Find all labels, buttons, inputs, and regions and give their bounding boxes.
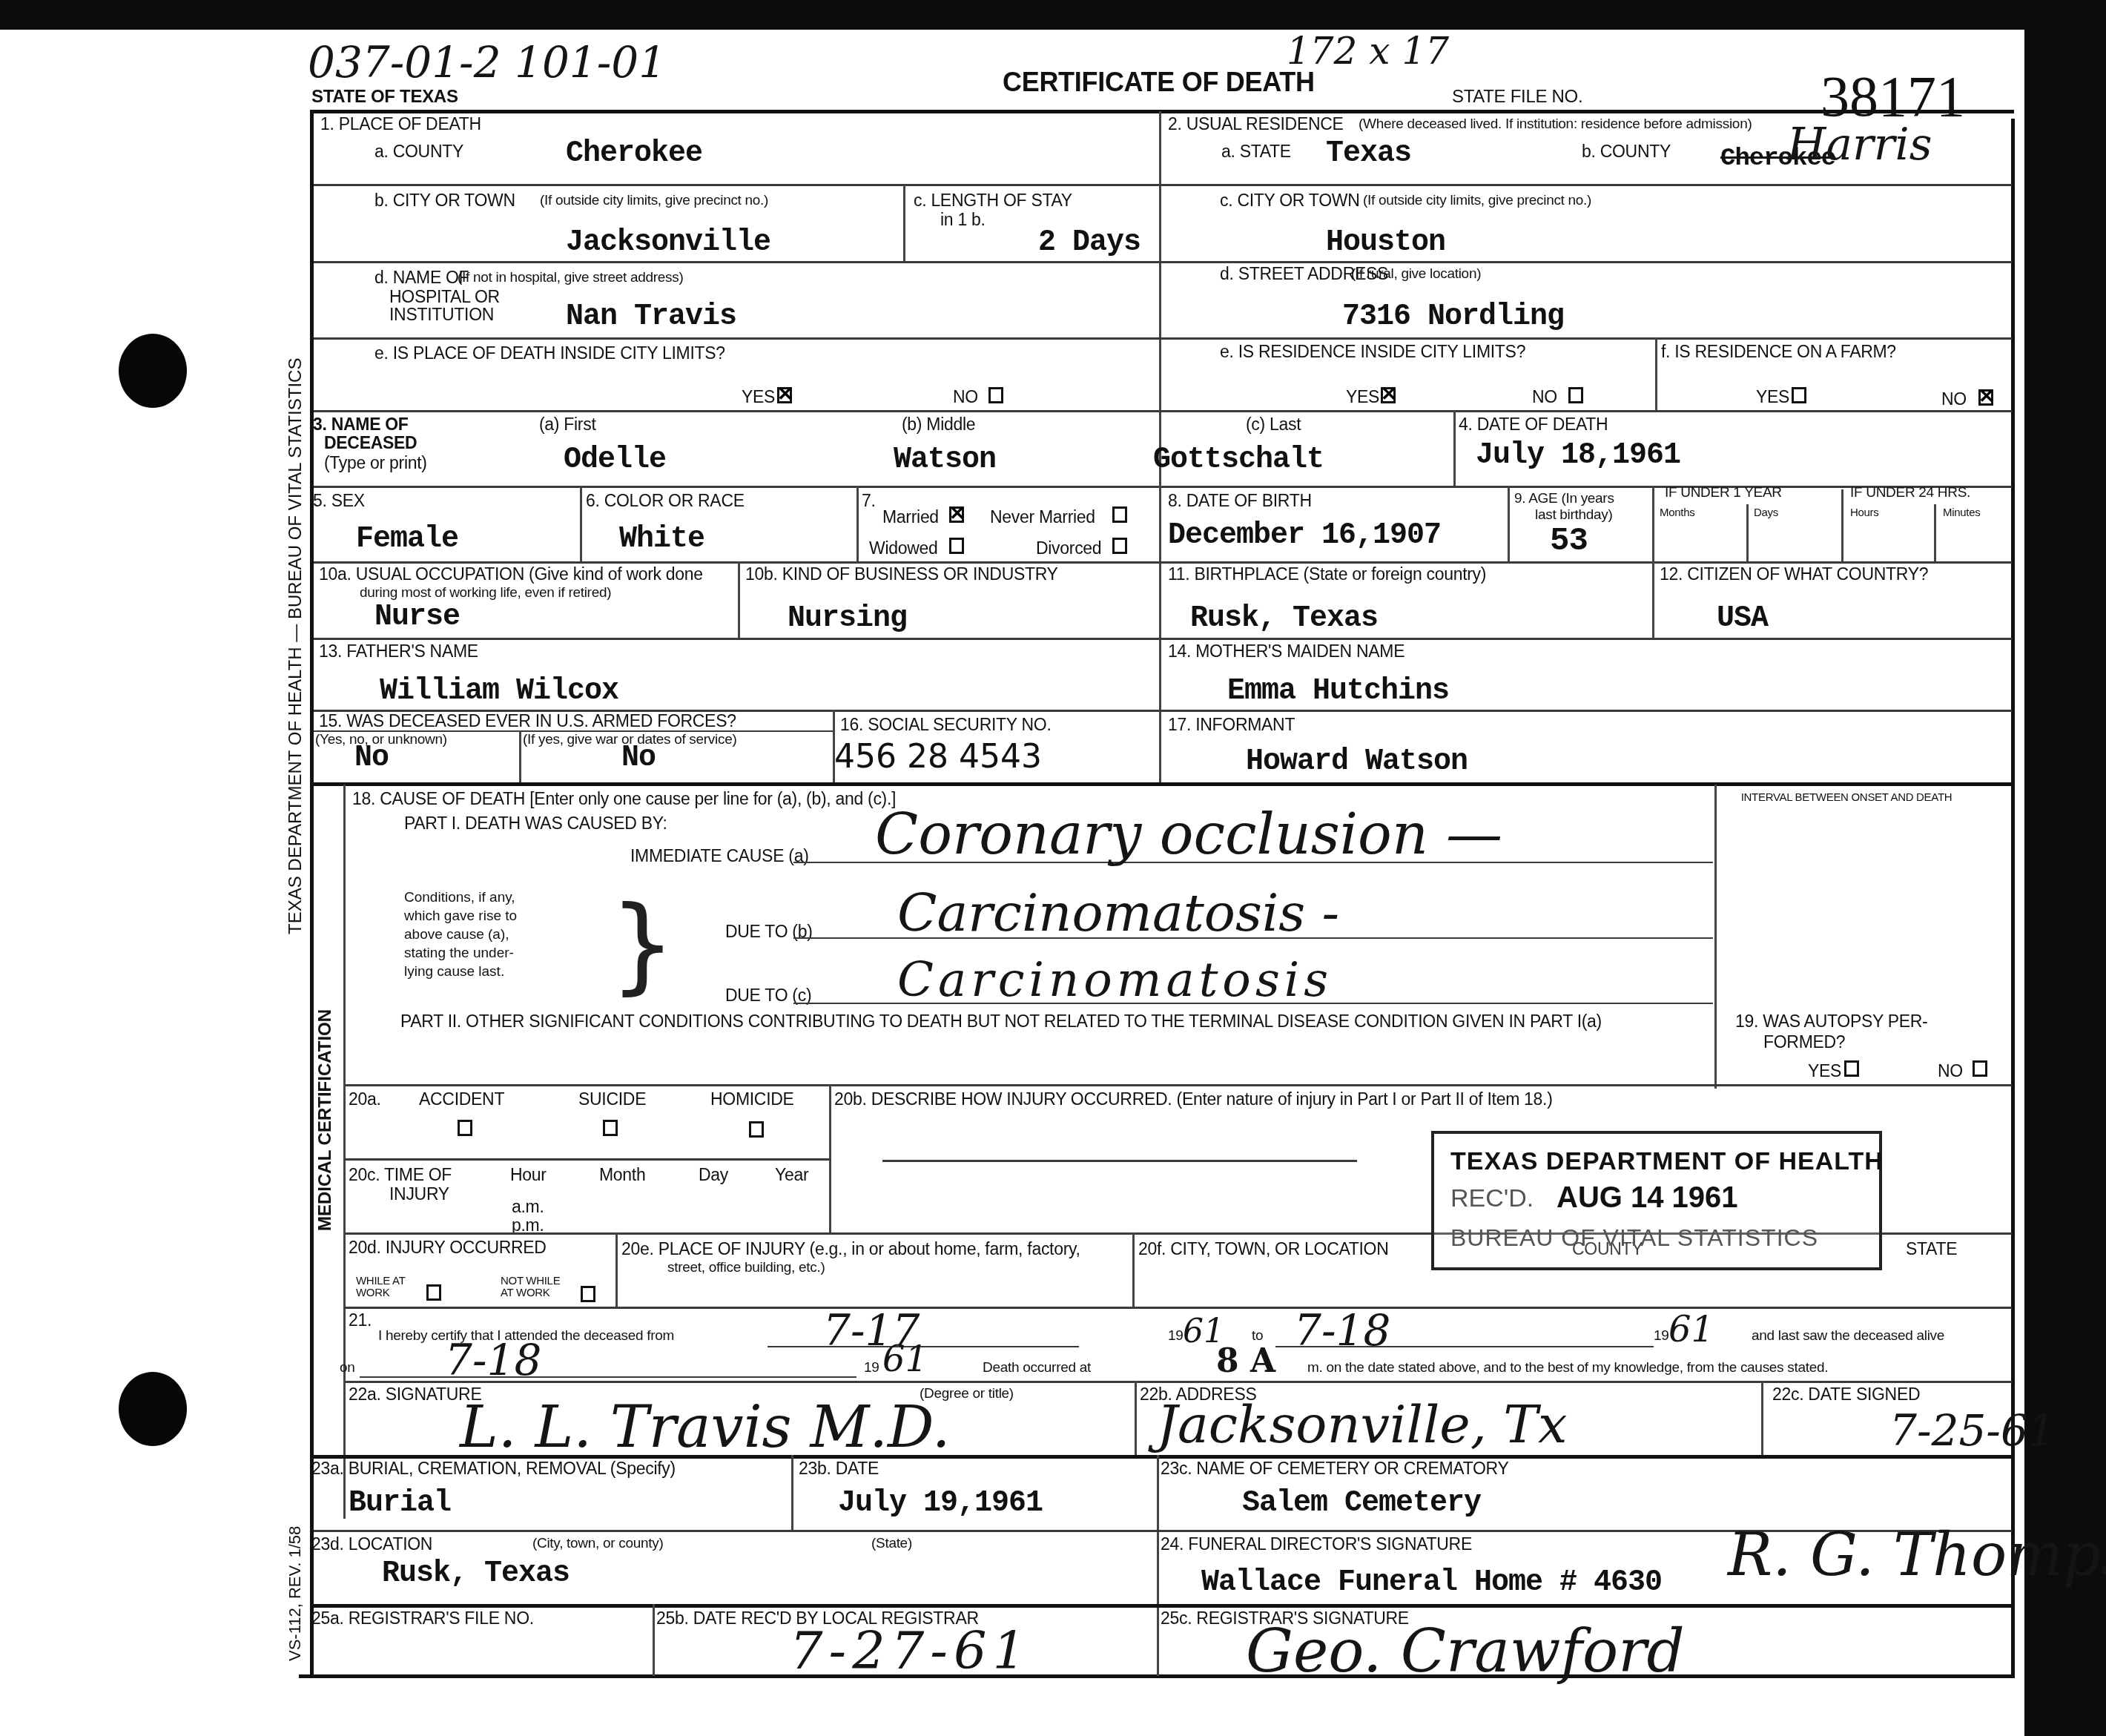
not-while-at-work-label: NOT WHILE AT WORK bbox=[501, 1275, 564, 1299]
conditions-note: Conditions, if any, which gave rise to a… bbox=[404, 888, 517, 981]
row-divider bbox=[314, 638, 2012, 640]
death-time-value: 8 A bbox=[1216, 1342, 1275, 1380]
cemetery-value: Salem Cemetery bbox=[1242, 1487, 1481, 1520]
due-to-c-value: Carcinomatosis bbox=[897, 953, 1333, 1008]
married-label: Married bbox=[882, 508, 939, 526]
attended-to-year: 61 bbox=[1668, 1309, 1714, 1350]
deceased-name-label-2: DECEASED bbox=[324, 434, 417, 452]
state-of-texas-label: STATE OF TEXAS bbox=[311, 88, 458, 106]
usual-residence-note: (Where deceased lived. If institution: r… bbox=[1359, 117, 1752, 132]
burial-label: 23a. BURIAL, CREMATION, REMOVAL (Specify… bbox=[311, 1459, 676, 1477]
months-label: Months bbox=[1660, 507, 1694, 519]
widowed-checkbox[interactable] bbox=[949, 538, 964, 554]
on-line bbox=[360, 1376, 856, 1378]
length-of-stay-label: c. LENGTH OF STAY bbox=[914, 191, 1072, 209]
immediate-cause-value: Coronary occlusion — bbox=[875, 801, 1502, 867]
sex-value: Female bbox=[356, 523, 458, 556]
year-prefix: 19 bbox=[1168, 1329, 1184, 1344]
attended-to-value: 7-18 bbox=[1294, 1305, 1390, 1356]
marital-label: 7. bbox=[862, 492, 876, 509]
minutes-label: Minutes bbox=[1943, 507, 1980, 519]
street-address-value: 7316 Nordling bbox=[1342, 300, 1564, 334]
residence-city-note: (If outside city limits, give precinct n… bbox=[1363, 194, 1591, 208]
industry-divider bbox=[738, 561, 740, 639]
yes-label: YES bbox=[1756, 388, 1789, 406]
accident-checkbox[interactable] bbox=[458, 1120, 472, 1136]
part2-label: PART II. OTHER SIGNIFICANT CONDITIONS CO… bbox=[400, 1012, 1602, 1030]
frame-top bbox=[310, 110, 2014, 113]
month-label: Month bbox=[599, 1166, 645, 1184]
last-seen-year: 61 bbox=[882, 1339, 928, 1380]
divorced-checkbox[interactable] bbox=[1112, 538, 1127, 554]
farm-label: f. IS RESIDENCE ON A FARM? bbox=[1661, 343, 1896, 360]
autopsy-label: 19. WAS AUTOPSY PER- bbox=[1735, 1012, 1927, 1030]
middle-name-label: (b) Middle bbox=[902, 415, 975, 433]
place-of-death-label: 1. PLACE OF DEATH bbox=[320, 115, 481, 133]
farm-divider bbox=[1655, 337, 1657, 412]
cemetery-divider bbox=[1157, 1455, 1159, 1676]
certify-text-2: and last saw the deceased alive bbox=[1752, 1329, 1944, 1344]
burial-date-divider bbox=[791, 1455, 793, 1531]
armed-forces-value: No bbox=[354, 742, 389, 775]
street-address-note: (If rural, give location) bbox=[1351, 267, 1481, 282]
residence-state-value: Texas bbox=[1326, 137, 1411, 171]
industry-value: Nursing bbox=[788, 602, 907, 636]
suicide-label: SUICIDE bbox=[578, 1090, 646, 1108]
place-of-injury-label-2: street, office building, etc.) bbox=[667, 1261, 825, 1275]
marital-divider bbox=[856, 486, 859, 562]
middle-name-value: Watson bbox=[894, 443, 996, 477]
date-signed-value: 7-25-61 bbox=[1889, 1405, 2056, 1456]
describe-line bbox=[882, 1160, 1357, 1162]
date-signed-divider bbox=[1761, 1381, 1763, 1455]
cause-of-death-label: 18. CAUSE OF DEATH [Enter only one cause… bbox=[352, 790, 896, 808]
yes-label: YES bbox=[742, 388, 775, 406]
usual-residence-label: 2. USUAL RESIDENCE bbox=[1168, 115, 1344, 133]
farm-no-checkbox[interactable] bbox=[1978, 389, 1993, 406]
section-divider bbox=[314, 1604, 2012, 1608]
while-at-work-label: WHILE AT WORK bbox=[356, 1275, 412, 1299]
under-year-label: IF UNDER 1 YEAR bbox=[1665, 486, 1782, 501]
days-label: Days bbox=[1754, 507, 1778, 519]
physician-signature: L. L. Travis M.D. bbox=[460, 1394, 951, 1461]
birthplace-label: 11. BIRTHPLACE (State or foreign country… bbox=[1168, 565, 1486, 583]
last-name-value: Gottschalt bbox=[1153, 443, 1324, 477]
city-note: (If outside city limits, give precinct n… bbox=[540, 194, 768, 208]
industry-label: 10b. KIND OF BUSINESS OR INDUSTRY bbox=[745, 565, 1058, 583]
time-of-injury-label: 20c. TIME OF bbox=[349, 1166, 452, 1184]
dob-divider bbox=[1159, 486, 1161, 562]
residence-city-label: c. CITY OR TOWN bbox=[1220, 191, 1359, 209]
day-label: Day bbox=[699, 1166, 728, 1184]
residence-inside-limits-no-checkbox[interactable] bbox=[1568, 387, 1583, 403]
no-label: NO bbox=[953, 388, 978, 406]
age-label: 9. AGE (In years bbox=[1514, 492, 1614, 506]
hospital-label-2: HOSPITAL OR bbox=[389, 288, 500, 306]
department-side-label: TEXAS DEPARTMENT OF HEALTH — BUREAU OF V… bbox=[285, 358, 306, 934]
row-divider bbox=[314, 337, 2012, 340]
location-value: Rusk, Texas bbox=[382, 1557, 570, 1591]
under-year-divider bbox=[1652, 486, 1654, 562]
age-divider bbox=[1508, 486, 1510, 562]
place-of-injury-label: 20e. PLACE OF INJURY (e.g., in or about … bbox=[621, 1240, 1080, 1258]
length-of-stay-sub: in 1 b. bbox=[940, 211, 986, 228]
armed-forces-label: 15. WAS DECEASED EVER IN U.S. ARMED FORC… bbox=[319, 712, 736, 730]
suicide-checkbox[interactable] bbox=[603, 1120, 618, 1136]
citizen-value: USA bbox=[1717, 602, 1768, 636]
death-county-value: Cherokee bbox=[566, 137, 702, 171]
sex-label: 5. SEX bbox=[313, 492, 365, 509]
age-sub-divider bbox=[1841, 489, 1843, 562]
row-divider bbox=[314, 561, 2012, 564]
first-name-label: (a) First bbox=[539, 415, 596, 433]
registrar-file-divider bbox=[653, 1604, 655, 1676]
autopsy-yes-checkbox[interactable] bbox=[1844, 1060, 1859, 1077]
date-of-death-value: July 18,1961 bbox=[1476, 439, 1680, 472]
place-divider bbox=[615, 1232, 618, 1307]
medical-certification-side-label: MEDICAL CERTIFICATION bbox=[315, 1009, 336, 1231]
form-number-label: VS-112, REV. 1/58 bbox=[285, 1526, 305, 1661]
scan-edge-top bbox=[0, 0, 2106, 30]
registrar-signature: Geo. Crawford bbox=[1246, 1617, 1685, 1686]
funeral-home-value: Wallace Funeral Home # 4630 bbox=[1201, 1566, 1662, 1600]
punch-hole-bottom bbox=[119, 1372, 187, 1446]
autopsy-no-checkbox[interactable] bbox=[1973, 1060, 1987, 1077]
certify-text-3: m. on the date stated above, and to the … bbox=[1307, 1361, 1828, 1376]
armed-divider bbox=[519, 730, 521, 782]
no-label: NO bbox=[1532, 388, 1557, 406]
due-to-c-label: DUE TO (c) bbox=[725, 986, 811, 1004]
interval-label: INTERVAL BETWEEN ONSET AND DEATH bbox=[1735, 792, 1958, 804]
due-to-b-value: Carcinomatosis - bbox=[897, 882, 1339, 943]
interval-divider bbox=[1714, 785, 1717, 1089]
hospital-label-3: INSTITUTION bbox=[389, 306, 494, 323]
section-divider bbox=[314, 782, 2012, 786]
death-inside-limits-no-checkbox[interactable] bbox=[988, 387, 1003, 403]
residence-county-handwritten-value: Harris bbox=[1787, 119, 1932, 171]
received-stamp: TEXAS DEPARTMENT OF HEALTH REC'D. AUG 14… bbox=[1431, 1131, 1882, 1270]
deceased-name-label: 3. NAME OF bbox=[313, 415, 409, 433]
bracket-symbol: } bbox=[610, 894, 676, 997]
residence-state-label: a. STATE bbox=[1221, 142, 1291, 160]
registrar-file-label: 25a. REGISTRAR'S FILE NO. bbox=[311, 1609, 534, 1627]
funeral-director-signature: R. G. Thompson bbox=[1728, 1520, 2106, 1589]
never-married-checkbox[interactable] bbox=[1112, 506, 1127, 523]
race-divider bbox=[580, 486, 582, 562]
pm-label: p.m. bbox=[512, 1216, 544, 1234]
informant-value: Howard Watson bbox=[1246, 745, 1468, 779]
age-label-2: last birthday) bbox=[1535, 508, 1613, 523]
death-inside-limits-yes-checkbox[interactable] bbox=[777, 387, 792, 403]
date-signed-label: 22c. DATE SIGNED bbox=[1772, 1385, 1920, 1403]
time-of-injury-label-2: INJURY bbox=[389, 1185, 449, 1203]
date-of-birth-value: December 16,1907 bbox=[1168, 519, 1441, 552]
burial-value: Burial bbox=[349, 1487, 451, 1520]
describe-injury-label: 20b. DESCRIBE HOW INJURY OCCURRED. (Ente… bbox=[834, 1090, 1553, 1108]
last-name-label: (c) Last bbox=[1246, 415, 1301, 433]
location-label: 23d. LOCATION bbox=[311, 1535, 432, 1553]
row-divider bbox=[345, 1158, 831, 1161]
row-divider bbox=[345, 1307, 2012, 1309]
on-label: on bbox=[340, 1361, 355, 1376]
deceased-name-label-3: (Type or print) bbox=[324, 454, 427, 472]
divorced-label: Divorced bbox=[1036, 539, 1101, 557]
frame-left bbox=[310, 110, 314, 1676]
not-while-at-work-checkbox[interactable] bbox=[581, 1286, 595, 1302]
under-24-label: IF UNDER 24 HRS. bbox=[1850, 486, 1970, 501]
race-label: 6. COLOR OR RACE bbox=[586, 492, 745, 509]
date-of-birth-label: 8. DATE OF BIRTH bbox=[1168, 492, 1312, 509]
informant-label: 17. INFORMANT bbox=[1168, 716, 1295, 733]
yes-label: YES bbox=[1808, 1062, 1841, 1080]
married-checkbox[interactable] bbox=[949, 506, 964, 523]
row-divider bbox=[314, 410, 2012, 412]
state-file-label: STATE FILE NO. bbox=[1452, 88, 1582, 106]
citizen-label: 12. CITIZEN OF WHAT COUNTRY? bbox=[1660, 565, 1928, 583]
received-date: AUG 14 1961 bbox=[1557, 1181, 1738, 1215]
medical-column-line bbox=[343, 785, 346, 1519]
occupation-value: Nurse bbox=[374, 601, 460, 634]
never-married-label: Never Married bbox=[990, 508, 1095, 526]
hours-label: Hours bbox=[1850, 507, 1879, 519]
to-label: to bbox=[1252, 1329, 1263, 1344]
residence-county-label: b. COUNTY bbox=[1582, 142, 1671, 160]
year-prefix: 19 bbox=[864, 1361, 879, 1376]
handwritten-codes-left: 037-01-2 101-01 bbox=[308, 37, 666, 88]
location-state-label: (State) bbox=[871, 1537, 912, 1551]
autopsy-label-2: FORMED? bbox=[1763, 1033, 1845, 1051]
year-prefix: 19 bbox=[1654, 1329, 1669, 1344]
mother-value: Emma Hutchins bbox=[1227, 675, 1449, 708]
injury-occurred-label: 20d. INJURY OCCURRED bbox=[349, 1238, 547, 1256]
address-divider bbox=[1135, 1381, 1137, 1455]
father-label: 13. FATHER'S NAME bbox=[319, 642, 478, 660]
occupation-label: 10a. USUAL OCCUPATION (Give kind of work… bbox=[319, 565, 703, 583]
citizen-divider bbox=[1652, 561, 1654, 639]
part1-label: PART I. DEATH WAS CAUSED BY: bbox=[404, 814, 667, 832]
burial-date-value: July 19,1961 bbox=[838, 1487, 1043, 1520]
certification-number: 21. bbox=[349, 1311, 372, 1329]
scan-edge-right bbox=[2024, 0, 2106, 1736]
length-of-stay-value: 2 Days bbox=[1038, 226, 1141, 260]
ssn-value: 456 28 4543 bbox=[834, 738, 1042, 776]
certificate-title: CERTIFICATE OF DEATH bbox=[1003, 68, 1315, 96]
accident-label: ACCIDENT bbox=[419, 1090, 504, 1108]
no-label: NO bbox=[1941, 390, 1967, 408]
father-value: William Wilcox bbox=[380, 675, 618, 708]
date-of-death-label: 4. DATE OF DEATH bbox=[1459, 415, 1608, 433]
immediate-cause-label: IMMEDIATE CAUSE (a) bbox=[630, 847, 809, 865]
first-name-value: Odelle bbox=[564, 443, 666, 477]
am-label: a.m. bbox=[512, 1198, 544, 1215]
hospital-value: Nan Travis bbox=[566, 300, 736, 334]
death-city-value: Jacksonville bbox=[566, 226, 770, 260]
funeral-director-label: 24. FUNERAL DIRECTOR'S SIGNATURE bbox=[1161, 1535, 1472, 1553]
city-divider bbox=[1132, 1232, 1135, 1307]
cemetery-label: 23c. NAME OF CEMETERY OR CREMATORY bbox=[1161, 1459, 1509, 1477]
death-inside-limits-label: e. IS PLACE OF DEATH INSIDE CITY LIMITS? bbox=[374, 344, 725, 362]
homicide-checkbox[interactable] bbox=[749, 1121, 764, 1138]
last-seen-value: 7-18 bbox=[445, 1335, 541, 1385]
hospital-label: d. NAME OF bbox=[374, 268, 469, 286]
physician-address: Jacksonville, Tx bbox=[1157, 1394, 1567, 1455]
occupation-label-2: during most of working life, even if ret… bbox=[360, 586, 611, 601]
hour-label: Hour bbox=[510, 1166, 547, 1184]
age-sub-divider bbox=[1934, 504, 1936, 562]
farm-yes-checkbox[interactable] bbox=[1792, 387, 1806, 403]
dod-divider bbox=[1453, 410, 1456, 486]
injury-type-label: 20a. bbox=[349, 1090, 381, 1108]
residence-inside-limits-yes-checkbox[interactable] bbox=[1381, 387, 1396, 403]
stay-divider bbox=[903, 185, 905, 261]
widowed-label: Widowed bbox=[869, 539, 938, 557]
injury-city-label: 20f. CITY, TOWN, OR LOCATION bbox=[1138, 1240, 1389, 1258]
while-at-work-checkbox[interactable] bbox=[426, 1284, 441, 1301]
residence-city-value: Houston bbox=[1326, 226, 1445, 260]
mother-label: 14. MOTHER'S MAIDEN NAME bbox=[1168, 642, 1404, 660]
birthplace-value: Rusk, Texas bbox=[1190, 602, 1378, 636]
location-city-label: (City, town, or county) bbox=[532, 1537, 663, 1551]
hospital-note: (If not in hospital, give street address… bbox=[458, 271, 684, 286]
row-divider bbox=[345, 1084, 2012, 1086]
age-value: 53 bbox=[1550, 523, 1588, 560]
residence-inside-limits-label: e. IS RESIDENCE INSIDE CITY LIMITS? bbox=[1220, 343, 1525, 360]
death-occurred-label: Death occurred at bbox=[983, 1361, 1091, 1376]
homicide-label: HOMICIDE bbox=[710, 1090, 794, 1108]
age-sub-divider bbox=[1746, 504, 1749, 562]
race-value: White bbox=[619, 523, 704, 556]
local-registrar-date-value: 7-27-61 bbox=[790, 1620, 1031, 1681]
year-label: Year bbox=[775, 1166, 808, 1184]
armed-service-value: No bbox=[621, 742, 656, 775]
burial-date-label: 23b. DATE bbox=[799, 1459, 879, 1477]
punch-hole-top bbox=[119, 334, 187, 408]
injury-state-label: STATE bbox=[1906, 1240, 1957, 1258]
no-label: NO bbox=[1938, 1062, 1963, 1080]
county-label: a. COUNTY bbox=[374, 142, 463, 160]
row-divider bbox=[314, 261, 2012, 263]
city-label: b. CITY OR TOWN bbox=[374, 191, 515, 209]
yes-label: YES bbox=[1346, 388, 1379, 406]
row-divider bbox=[314, 184, 2012, 186]
ssn-label: 16. SOCIAL SECURITY NO. bbox=[840, 716, 1052, 733]
